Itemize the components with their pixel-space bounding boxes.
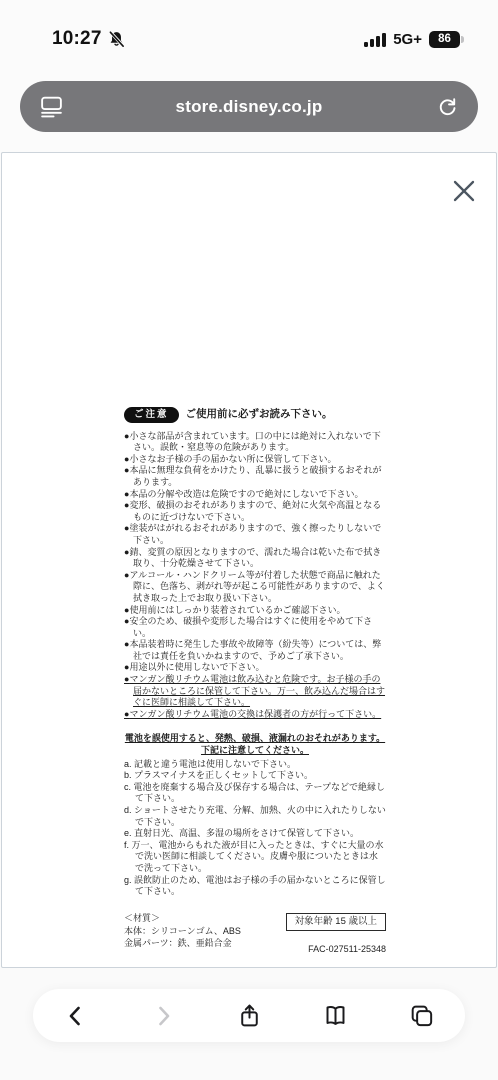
age-restriction-box: 対象年齢 15 歳以上 — [286, 913, 386, 932]
caution-list-primary: 小さな部品が含まれています。口の中には絶対に入れないで下さい。誤飲・窒息等の危険… — [124, 431, 386, 640]
caution-list-secondary: 本品装着時に発生した事故や故障等（紛失等）については、弊社では責任を負いかねます… — [124, 639, 386, 720]
caution-item: 本品の分解や改造は危険ですので絶対にしないで下さい。 — [124, 489, 386, 501]
tabs-icon[interactable] — [379, 1002, 465, 1029]
browser-toolbar — [0, 968, 498, 1080]
caution-item: 用途以外に使用しないで下さい。 — [124, 662, 386, 674]
caution-item: 変形、破損のおそれがありますので、絶対に火気や高温となるものに近づけないで下さい… — [124, 500, 386, 523]
battery-warning-line1: 電池を誤使用すると、発熱、破損、液漏れのおそれがあります。 — [124, 733, 386, 745]
materials-section: ＜材質＞ 本体：シリコーンゴム、ABS 金属パーツ：鉄、亜鉛合金 — [124, 913, 241, 950]
materials-header: ＜材質＞ — [124, 913, 241, 925]
address-bar-row: store.disney.co.jp — [0, 64, 498, 152]
caution-item: 小さなお子様の手の届かない所に保管して下さい。 — [124, 454, 386, 466]
caution-item: 本品に無理な負荷をかけたり、乱暴に扱うと破損するおそれがあります。 — [124, 465, 386, 488]
battery-caution-item: c. 電池を廃棄する場合及び保存する場合は、テープなどで絶縁して下さい。 — [124, 782, 386, 805]
bell-slash-icon — [107, 30, 126, 49]
notice-title: ご使用前に必ずお読み下さい。 — [186, 409, 333, 421]
status-bar: 10:27 5G+ 86 — [0, 0, 498, 64]
bookmarks-icon[interactable] — [292, 1002, 378, 1029]
product-notice-modal: ご注意 ご使用前に必ずお読み下さい。 小さな部品が含まれています。口の中には絶対… — [1, 152, 497, 968]
back-icon[interactable] — [33, 1004, 119, 1028]
caution-item: 塗装がはがれるおそれがありますので、強く擦ったりしないで下さい。 — [124, 523, 386, 546]
product-caution-notice: ご注意 ご使用前に必ずお読み下さい。 小さな部品が含まれています。口の中には絶対… — [124, 407, 386, 956]
caution-item: 安全のため、破損や変形した場合はすぐに使用をやめて下さい。 — [124, 616, 386, 639]
caution-item: 小さな部品が含まれています。口の中には絶対に入れないで下さい。誤飲・窒息等の危険… — [124, 431, 386, 454]
address-bar[interactable]: store.disney.co.jp — [20, 81, 478, 132]
caution-item-battery-swallow: マンガン酸リチウム電池は飲み込むと危険です。お子様の手の届かないところに保管して… — [124, 674, 386, 709]
battery-caution-item: f. 万一、電池からもれた液が目に入ったときは、すぐに大量の水で洗い医師に相談し… — [124, 840, 386, 875]
materials-metal: 金属パーツ：鉄、亜鉛合金 — [124, 938, 241, 950]
battery-caution-item: d. ショートさせたり充電、分解、加熱、火の中に入れたりしないで下さい。 — [124, 805, 386, 828]
clock: 10:27 — [52, 28, 102, 50]
battery-caution-list: a. 記載と違う電池は使用しないで下さい。 b. プラスマイナスを正しくセットし… — [124, 759, 386, 898]
battery-percent: 86 — [429, 31, 460, 48]
cellular-signal-icon — [364, 32, 386, 47]
close-icon[interactable] — [448, 175, 480, 207]
reload-icon[interactable] — [432, 95, 462, 118]
url-text[interactable]: store.disney.co.jp — [66, 97, 432, 117]
battery-caution-item: e. 直射日光、高温、多湿の場所をさけて保管して下さい。 — [124, 828, 386, 840]
caution-item-battery-replace: マンガン酸リチウム電池の交換は保護者の方が行って下さい。 — [124, 709, 386, 721]
iphone-safari-screen: { "colors": { "chrome_bg": "#fbfbfb", "u… — [0, 0, 498, 1080]
caution-item: 本品装着時に発生した事故や故障等（紛失等）については、弊社では責任を負いかねます… — [124, 639, 386, 662]
battery-icon: 86 — [429, 31, 464, 48]
network-type-label: 5G+ — [393, 31, 422, 48]
toolbar-pill — [33, 989, 465, 1042]
battery-caution-item: b. プラスマイナスを正しくセットして下さい。 — [124, 770, 386, 782]
share-icon[interactable] — [206, 1002, 292, 1029]
page-layout-icon[interactable] — [36, 94, 66, 119]
caution-item: 使用前にはしっかり装着されているかご確認下さい。 — [124, 605, 386, 617]
caution-item: アルコール・ハンドクリーム等が付着した状態で商品に触れた際に、色落ち、剥がれ等が… — [124, 570, 386, 605]
caution-item: 錆、変質の原因となりますので、濡れた場合は乾いた布で拭き取り、十分乾燥させて下さ… — [124, 547, 386, 570]
battery-warning-heading: 電池を誤使用すると、発熱、破損、液漏れのおそれがあります。 下記に注意してくださ… — [124, 733, 386, 756]
forward-icon[interactable] — [119, 1004, 205, 1028]
product-code: FAC-027511-25348 — [286, 944, 386, 956]
caution-badge: ご注意 — [124, 407, 179, 423]
battery-caution-item: g. 誤飲防止のため、電池はお子様の手の届かないところに保管して下さい。 — [124, 875, 386, 898]
materials-body: 本体：シリコーンゴム、ABS — [124, 926, 241, 938]
battery-caution-item: a. 記載と違う電池は使用しないで下さい。 — [124, 759, 386, 771]
battery-warning-line2: 下記に注意してください。 — [124, 745, 386, 757]
